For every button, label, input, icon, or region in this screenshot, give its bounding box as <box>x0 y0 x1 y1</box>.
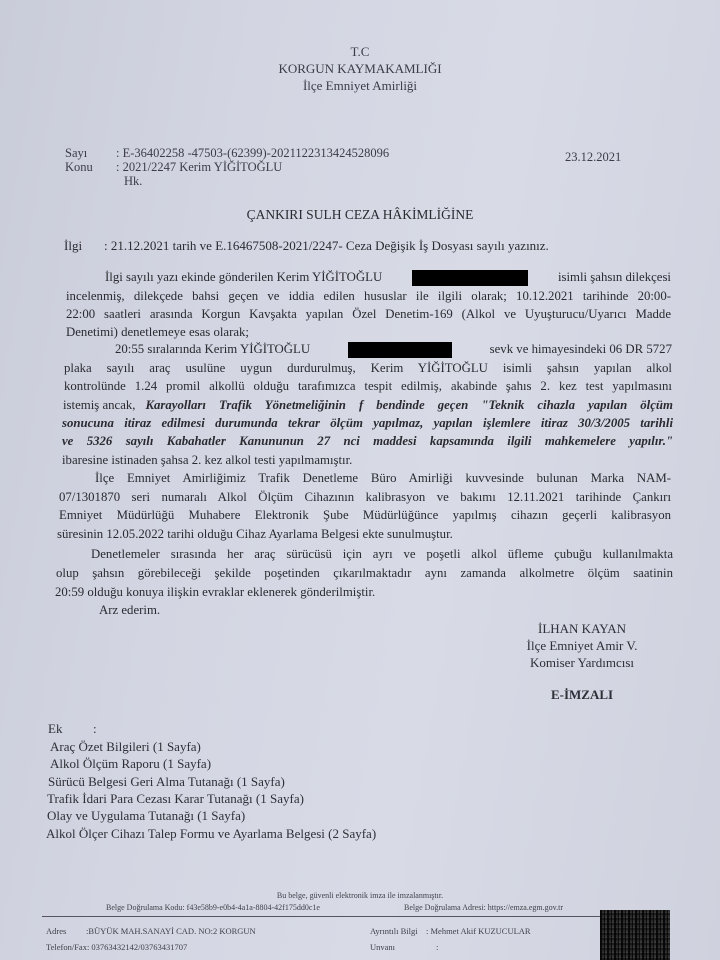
sayi-label: Sayı <box>65 146 87 161</box>
header-kaymakamlik: KORGUN KAYMAKAMLIĞI <box>0 61 720 77</box>
qr-code-icon <box>600 910 670 960</box>
attachment-item: Araç Özet Bilgileri (1 Sayfa) <box>50 738 201 755</box>
p1-text-a: İlgi sayılı yazı ekinde gönderilen Kerim… <box>105 268 382 287</box>
attachment-item: Alkol Ölçüm Raporu (1 Sayfa) <box>50 755 211 772</box>
detail-label: Ayrıntılı Bilgi <box>370 926 418 936</box>
p4-line2: olup şahsın görebileceği şekilde poşetin… <box>56 564 673 583</box>
verify-code: Belge Doğrulama Kodu: f43e58b9-e0b4-4a1a… <box>106 903 320 912</box>
p2-line7: ibaresine istinaden şahsa 2. kez alkol t… <box>62 451 352 470</box>
address-label: Adres <box>46 926 66 936</box>
attachment-item: Olay ve Uygulama Tutanağı (1 Sayfa) <box>47 807 245 824</box>
phone-fax: Telefon/Fax: 03763432142/03763431707 <box>46 942 187 952</box>
address-value: :BÜYÜK MAH.SANAYİ CAD. NO:2 KORGUN <box>86 926 256 936</box>
p2-line4: istemiş ancak, Karayolları Trafik Yönetm… <box>63 396 673 415</box>
p2-line1: 20:55 sıralarında Kerim YİĞİTOĞLU sevk v… <box>115 340 672 359</box>
p2-text-b: sevk ve himayesindeki 06 DR 5727 <box>490 340 672 359</box>
p3-line1: İlçe Emniyet Amirliğimiz Trafik Denetlem… <box>95 469 671 488</box>
p2-text-a: istemiş ancak, <box>63 396 136 415</box>
p1-line2: incelenmiş, dilekçede bahsi geçen ve idd… <box>66 287 671 306</box>
p2-line3: kontrolünde 1.24 promil alkollü olduğu t… <box>64 377 672 396</box>
esign-note: Bu belge, güvenli elektronik imza ile im… <box>0 891 720 900</box>
signer-title1: İlçe Emniyet Amir V. <box>482 637 682 655</box>
p2-line2: plaka sayılı araç usulüne uygun durdurul… <box>64 359 672 378</box>
attachments-colon: : <box>93 720 97 737</box>
ilgi-label: İlgi <box>64 238 82 254</box>
p3-line2: 07/1301870 seri numaralı Alkol Ölçüm Cih… <box>59 488 671 507</box>
sayi-value: : E-36402258 -47503-(62399)-202112231342… <box>116 146 389 161</box>
footer-divider <box>42 916 608 917</box>
p4-line1: Denetlemeler sırasında her araç sürücüsü… <box>91 545 673 564</box>
konu-value: : 2021/2247 Kerim YİĞİTOĞLU <box>116 160 282 175</box>
p2-quote-start: Karayolları Trafik Yönetmeliğinin f bend… <box>146 396 674 415</box>
attachments-label: Ek <box>48 720 62 737</box>
redacted-block <box>412 270 528 286</box>
document-date: 23.12.2021 <box>565 150 621 165</box>
document-page: T.C KORGUN KAYMAKAMLIĞI İlçe Emniyet Ami… <box>0 0 720 960</box>
verify-address[interactable]: Belge Doğrulama Adresi: https://emza.egm… <box>404 903 563 912</box>
attachment-item: Alkol Ölçer Cihazı Talep Formu ve Ayarla… <box>46 825 376 842</box>
ilgi-text: : 21.12.2021 tarih ve E.16467508-2021/22… <box>104 238 549 254</box>
p2-line5: sonucuna itiraz edilmesi durumunda tekra… <box>62 414 673 433</box>
signer-name: İLHAN KAYAN <box>482 620 682 638</box>
addressee: ÇANKIRI SULH CEZA HÂKİMLİĞİNE <box>0 207 720 223</box>
title-label: Unvanı <box>370 942 395 952</box>
attachment-item: Sürücü Belgesi Geri Alma Tutanağı (1 Say… <box>48 773 285 790</box>
p2-line6: ve 5326 sayılı Kabahatler Kanununun 27 n… <box>62 432 673 451</box>
p1-line1: İlgi sayılı yazı ekinde gönderilen Kerim… <box>105 268 671 287</box>
p4-line3: 20:59 olduğu konuya ilişkin evraklar ekl… <box>55 583 375 602</box>
p1-line3: 22:00 saatleri arasında Korgun Kavşakta … <box>66 305 671 324</box>
header-tc: T.C <box>0 44 720 60</box>
konu-label: Konu <box>65 160 93 175</box>
detail-value: : Mehmet Akif KUZUCULAR <box>426 926 531 936</box>
header-amirlik: İlçe Emniyet Amirliği <box>0 78 720 94</box>
attachment-item: Trafik İdari Para Cezası Karar Tutanağı … <box>47 790 304 807</box>
p2-text-a: 20:55 sıralarında Kerim YİĞİTOĞLU <box>115 340 310 359</box>
title-value: : <box>436 942 438 952</box>
p1-text-b: isimli şahsın dilekçesi <box>558 268 671 287</box>
p3-line4: süresinin 12.05.2022 tarihi olduğu Cihaz… <box>57 525 453 544</box>
closing: Arz ederim. <box>99 601 160 620</box>
redacted-block <box>348 342 452 358</box>
p3-line3: Emniyet Müdürlüğü Muhabere Elektronik Şu… <box>59 506 671 525</box>
esign-label: E-İMZALI <box>482 686 682 704</box>
signer-title2: Komiser Yardımcısı <box>482 654 682 672</box>
konu-value-hk: Hk. <box>124 174 142 189</box>
